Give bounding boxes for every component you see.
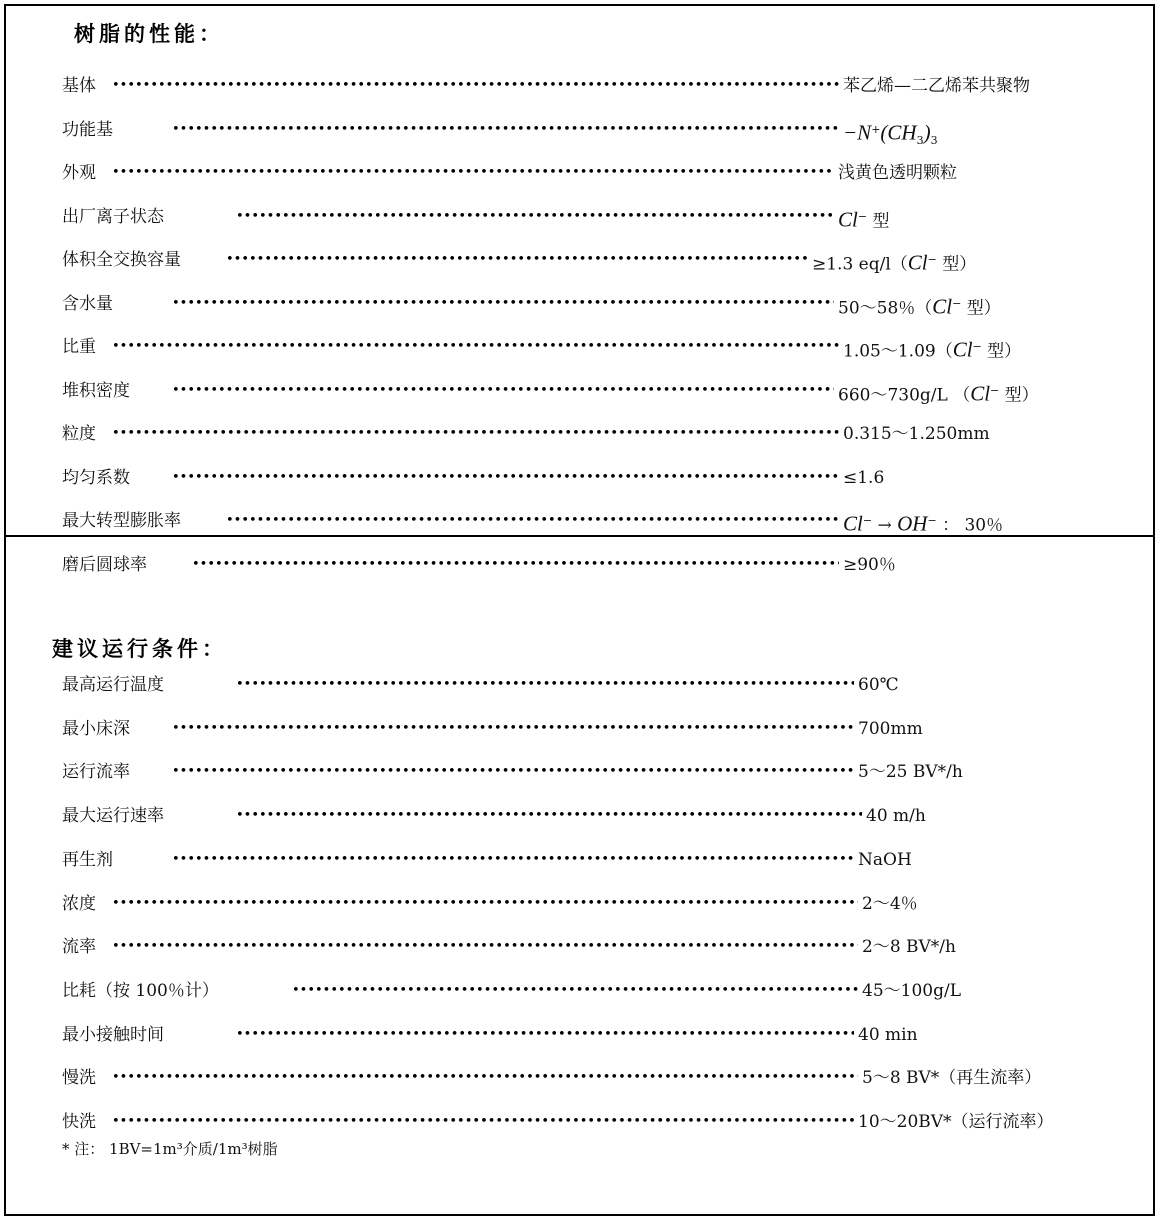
operating-condition-row: 最小接触时间••••••••••••••••••••••••••••••••••… [62, 1020, 164, 1050]
row-label: 浓度 [62, 889, 96, 919]
row-label: 磨后圆球率 [62, 550, 147, 580]
row-label: 含水量 [62, 289, 113, 319]
row-label: 最大转型膨胀率 [62, 506, 181, 536]
row-label: 最大运行速率 [62, 801, 164, 831]
row-value: 660～730g/L （Cl− 型） [838, 376, 1039, 411]
row-value: 10～20BV*（运行流率） [858, 1107, 1054, 1137]
dot-leader: ••••••••••••••••••••••••••••••••••••••••… [112, 932, 858, 962]
resin-property-row: 粒度••••••••••••••••••••••••••••••••••••••… [62, 419, 96, 449]
operating-condition-row: 慢洗••••••••••••••••••••••••••••••••••••••… [62, 1063, 96, 1093]
dot-leader: ••••••••••••••••••••••••••••••••••••••••… [236, 202, 834, 232]
row-value: 45～100g/L [862, 976, 961, 1006]
row-label: 运行流率 [62, 757, 130, 787]
dot-leader: ••••••••••••••••••••••••••••••••••••••••… [112, 889, 858, 919]
row-label: 慢洗 [62, 1063, 96, 1093]
row-label: 最高运行温度 [62, 670, 164, 700]
dot-leader: ••••••••••••••••••••••••••••••••••••••••… [226, 245, 808, 275]
row-value: 40 min [858, 1020, 918, 1050]
dot-leader: ••••••••••••••••••••••••••••••••••••••••… [172, 845, 854, 875]
dot-leader: ••••••••••••••••••••••••••••••••••••••••… [172, 757, 854, 787]
dot-leader: ••••••••••••••••••••••••••••••••••••••••… [172, 376, 834, 406]
operating-condition-row: 再生剂•••••••••••••••••••••••••••••••••••••… [62, 845, 113, 875]
row-value: 苯乙烯—二乙烯苯共聚物 [843, 71, 1030, 101]
row-value: 60℃ [858, 670, 899, 700]
row-value: Cl− 型 [838, 202, 889, 237]
row-value: 2～8 BV*/h [862, 932, 956, 962]
dot-leader: ••••••••••••••••••••••••••••••••••••••••… [192, 550, 839, 580]
row-label: 均匀系数 [62, 463, 130, 493]
row-value: ≥90％ [843, 550, 896, 580]
row-label: 最小床深 [62, 714, 130, 744]
row-label: 再生剂 [62, 845, 113, 875]
dot-leader: ••••••••••••••••••••••••••••••••••••••••… [112, 158, 834, 188]
resin-property-row: 堆积密度••••••••••••••••••••••••••••••••••••… [62, 376, 130, 406]
row-value: Cl− → OH− ： 30％ [843, 506, 1003, 541]
row-label: 出厂离子状态 [62, 202, 164, 232]
row-label: 比耗（按 100％计） [62, 976, 219, 1006]
row-value: 50～58％（Cl− 型） [838, 289, 1001, 324]
operating-condition-row: 快洗••••••••••••••••••••••••••••••••••••••… [62, 1107, 96, 1137]
resin-property-row: 磨后圆球率•••••••••••••••••••••••••••••••••••… [62, 550, 147, 580]
row-label: 体积全交换容量 [62, 245, 181, 275]
dot-leader: ••••••••••••••••••••••••••••••••••••••••… [236, 670, 854, 700]
dot-leader: ••••••••••••••••••••••••••••••••••••••••… [112, 332, 839, 362]
row-label: 基体 [62, 71, 96, 101]
row-label: 功能基 [62, 115, 113, 145]
row-value: 2～4％ [862, 889, 918, 919]
resin-property-row: 出厂离子状态••••••••••••••••••••••••••••••••••… [62, 202, 164, 232]
row-value: 1.05～1.09（Cl− 型） [843, 332, 1021, 367]
row-label: 快洗 [62, 1107, 96, 1137]
resin-properties-heading: 树脂的性能： [74, 18, 224, 48]
resin-property-row: 功能基•••••••••••••••••••••••••••••••••••••… [62, 115, 113, 145]
row-value: 700mm [858, 714, 923, 744]
operating-condition-row: 流率••••••••••••••••••••••••••••••••••••••… [62, 932, 96, 962]
dot-leader: ••••••••••••••••••••••••••••••••••••••••… [172, 289, 834, 319]
dot-leader: ••••••••••••••••••••••••••••••••••••••••… [112, 1063, 858, 1093]
resin-property-row: 外观••••••••••••••••••••••••••••••••••••••… [62, 158, 96, 188]
dot-leader: ••••••••••••••••••••••••••••••••••••••••… [112, 1107, 854, 1137]
operating-condition-row: 最高运行温度••••••••••••••••••••••••••••••••••… [62, 670, 164, 700]
resin-property-row: 体积全交换容量•••••••••••••••••••••••••••••••••… [62, 245, 181, 275]
dot-leader: ••••••••••••••••••••••••••••••••••••••••… [226, 506, 839, 536]
row-value: 浅黄色透明颗粒 [838, 158, 957, 188]
row-label: 比重 [62, 332, 96, 362]
row-label: 最小接触时间 [62, 1020, 164, 1050]
row-value: −N+(CH3)3 [843, 115, 938, 156]
dot-leader: ••••••••••••••••••••••••••••••••••••••••… [172, 714, 854, 744]
dot-leader: ••••••••••••••••••••••••••••••••••••••••… [236, 801, 862, 831]
row-label: 粒度 [62, 419, 96, 449]
row-value: ≥1.3 eq/l（Cl− 型） [812, 245, 976, 280]
row-value: NaOH [858, 845, 912, 875]
dot-leader: ••••••••••••••••••••••••••••••••••••••••… [172, 463, 839, 493]
operating-condition-row: 最小床深••••••••••••••••••••••••••••••••••••… [62, 714, 130, 744]
dot-leader: ••••••••••••••••••••••••••••••••••••••••… [172, 115, 839, 145]
row-value: 5～25 BV*/h [858, 757, 963, 787]
row-label: 外观 [62, 158, 96, 188]
dot-leader: ••••••••••••••••••••••••••••••••••••••••… [236, 1020, 854, 1050]
row-label: 流率 [62, 932, 96, 962]
row-label: 堆积密度 [62, 376, 130, 406]
footnote: * 注： 1BV=1m³介质/1m³树脂 [62, 1138, 278, 1159]
dot-leader: ••••••••••••••••••••••••••••••••••••••••… [112, 71, 839, 101]
resin-property-row: 比重••••••••••••••••••••••••••••••••••••••… [62, 332, 96, 362]
resin-property-row: 含水量•••••••••••••••••••••••••••••••••••••… [62, 289, 113, 319]
row-value: 0.315～1.250mm [843, 419, 990, 449]
dot-leader: ••••••••••••••••••••••••••••••••••••••••… [112, 419, 839, 449]
resin-property-row: 均匀系数••••••••••••••••••••••••••••••••••••… [62, 463, 130, 493]
operating-condition-row: 比耗（按 100％计）•••••••••••••••••••••••••••••… [62, 976, 219, 1006]
resin-property-row: 最大转型膨胀率•••••••••••••••••••••••••••••••••… [62, 506, 181, 536]
operating-condition-row: 最大运行速率••••••••••••••••••••••••••••••••••… [62, 801, 164, 831]
row-value: 5～8 BV*（再生流率） [862, 1063, 1041, 1093]
row-value: ≤1.6 [843, 463, 884, 493]
dot-leader: ••••••••••••••••••••••••••••••••••••••••… [292, 976, 858, 1006]
row-value: 40 m/h [866, 801, 926, 831]
resin-property-row: 基体••••••••••••••••••••••••••••••••••••••… [62, 71, 96, 101]
operating-conditions-heading: 建议运行条件： [52, 633, 227, 663]
operating-condition-row: 浓度••••••••••••••••••••••••••••••••••••••… [62, 889, 96, 919]
operating-condition-row: 运行流率••••••••••••••••••••••••••••••••••••… [62, 757, 130, 787]
